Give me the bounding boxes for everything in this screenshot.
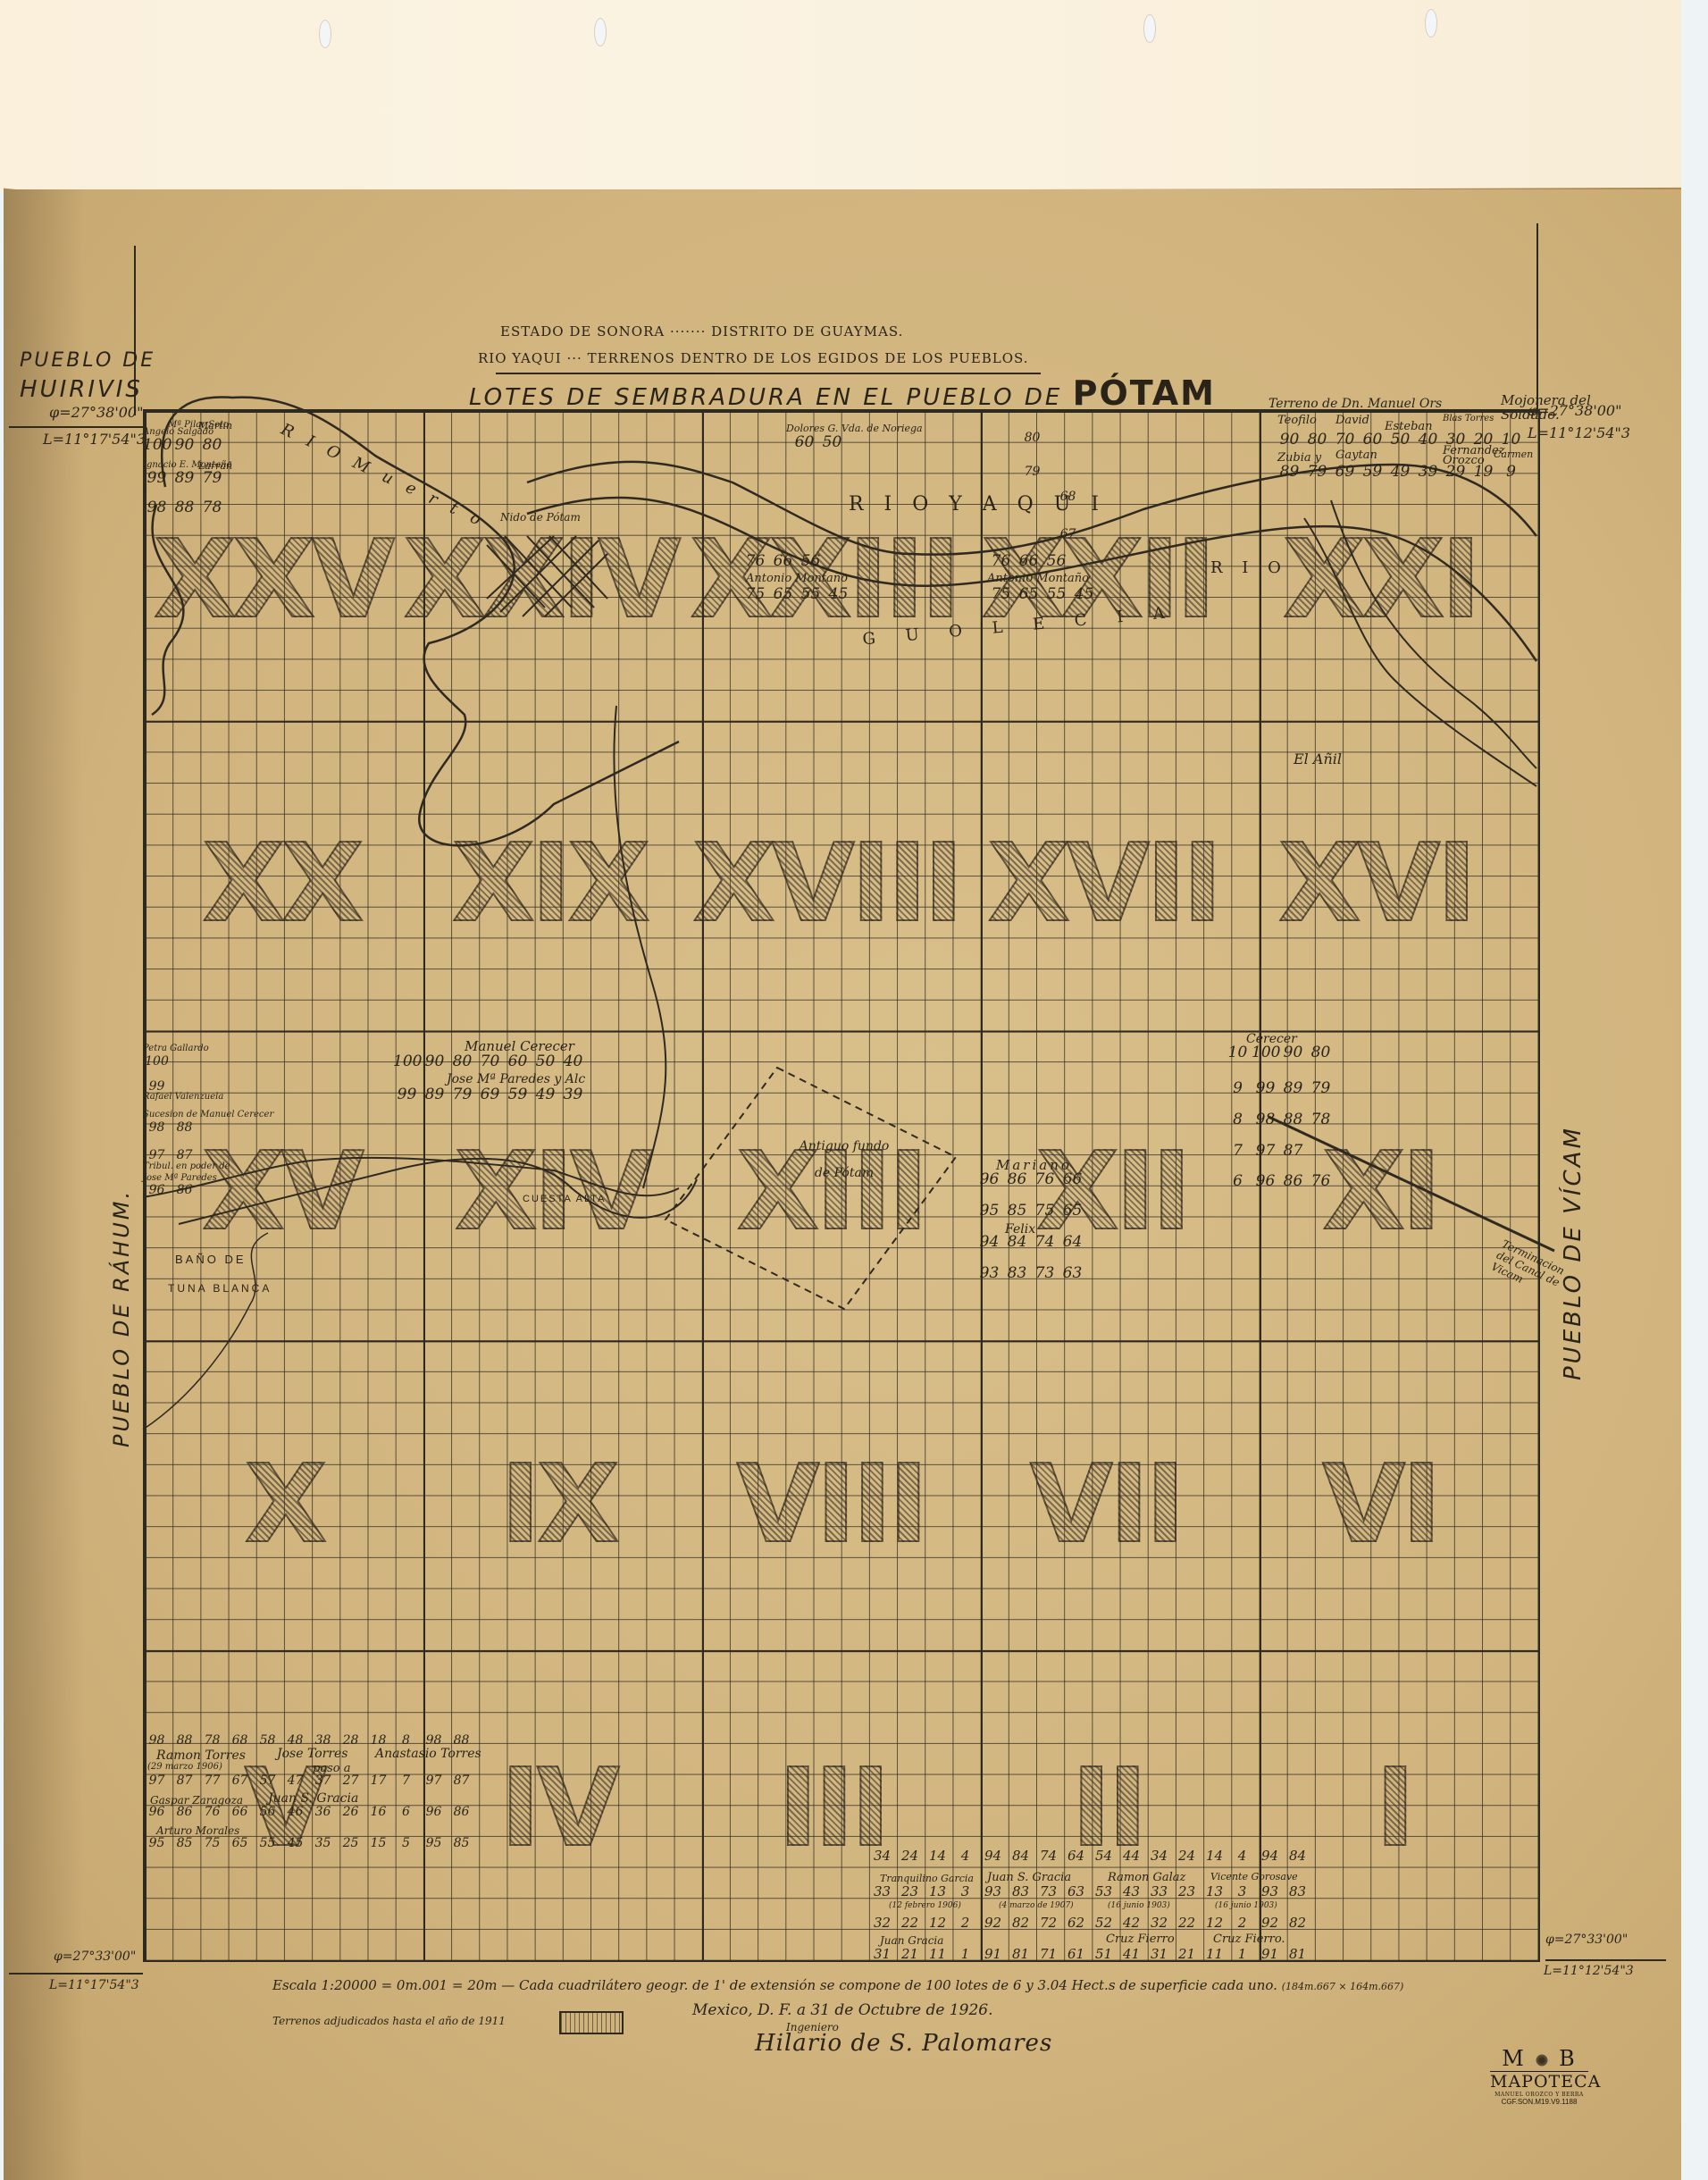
lot-number: 7 xyxy=(1224,1142,1252,1160)
lot-number: 79 xyxy=(1018,465,1046,479)
lot-number: 74 xyxy=(1031,1233,1059,1251)
lot-number: 22 xyxy=(896,1915,924,1931)
lot-number: 90 xyxy=(171,436,198,454)
lot-number: 80 xyxy=(1018,431,1046,445)
lot-number: 88 xyxy=(171,1733,198,1748)
lot-number: 56 xyxy=(254,1805,281,1819)
lot-number: 88 xyxy=(448,1733,475,1748)
lot-number: 55 xyxy=(1042,585,1070,603)
lot-number: 92 xyxy=(1256,1915,1284,1931)
lot-number: 39 xyxy=(559,1086,587,1103)
lot-number: 37 xyxy=(309,1773,337,1788)
lot-number: 78 xyxy=(1307,1111,1335,1128)
legend-label: Terrenos adjudicados hasta el año de 191… xyxy=(272,2015,506,2027)
lot-number: 23 xyxy=(1173,1883,1201,1899)
lot-number: 63 xyxy=(1062,1883,1090,1899)
lot-number: 9 xyxy=(1497,463,1525,481)
lot-number: 10 xyxy=(1497,431,1525,449)
lot-number: 78 xyxy=(198,1733,226,1748)
lot-number: 27 xyxy=(337,1773,364,1788)
lot-number: 100 xyxy=(143,436,171,454)
lot-number: 96 xyxy=(975,1170,1003,1188)
monogram-letter: B xyxy=(1559,2046,1577,2071)
lot-number: 19 xyxy=(1469,463,1497,481)
section-vi: VI xyxy=(1322,1452,1438,1559)
owner-name: Anastasio Torres xyxy=(375,1747,481,1761)
lot-number: 10 xyxy=(1224,1044,1252,1061)
archive-stamp: M B MAPOTECA MANUEL OROZCO Y BERRA CGF.S… xyxy=(1490,2046,1588,2106)
section-ii: II xyxy=(1071,1756,1143,1863)
lot-number: 82 xyxy=(1284,1915,1311,1931)
owner-name: Carmen xyxy=(1494,449,1533,460)
lot-number: 97 xyxy=(143,1148,171,1162)
section-xv: XV xyxy=(202,1139,360,1246)
lot-number: 56 xyxy=(1042,552,1070,570)
lot-number: 99 xyxy=(143,1079,171,1094)
owner-name: Gaytan xyxy=(1335,449,1377,462)
owner-name: Jose Mª Paredes xyxy=(143,1173,217,1183)
lot-number: 68 xyxy=(226,1733,254,1748)
lot-number: 76 xyxy=(1031,1170,1059,1188)
lot-number: 83 xyxy=(1007,1883,1034,1899)
lot-number: 68 xyxy=(1054,490,1082,504)
date-note: (16 junio 1903) xyxy=(1108,1901,1170,1910)
lot-number: 69 xyxy=(1331,463,1359,481)
owner-name: Cruz Fierro. xyxy=(1213,1933,1285,1946)
lot-number: 22 xyxy=(1173,1915,1201,1931)
owner-name: Antonio Montaño xyxy=(746,572,848,585)
lot-number: 26 xyxy=(337,1805,364,1819)
lot-number: 84 xyxy=(1007,1848,1034,1864)
lot-number: 82 xyxy=(1007,1915,1034,1931)
lot-number: 20 xyxy=(1469,431,1497,449)
lot-number: 60 xyxy=(504,1052,532,1070)
section-xiii: XIII xyxy=(737,1139,925,1246)
lot-number: 31 xyxy=(1145,1946,1173,1962)
legend-hatch-swatch xyxy=(559,2011,624,2034)
lot-number: 48 xyxy=(281,1733,309,1748)
lot-number: 25 xyxy=(337,1836,364,1850)
lot-number: 51 xyxy=(1090,1946,1118,1962)
lot-number: 65 xyxy=(1059,1202,1086,1220)
lot-number: 84 xyxy=(1003,1233,1031,1251)
lot-number: 80 xyxy=(1303,431,1331,449)
lot-number: 93 xyxy=(979,1883,1007,1899)
owner-name: Ramon Galaz xyxy=(1108,1871,1185,1884)
lot-number: 81 xyxy=(1284,1946,1311,1962)
lot-number: 56 xyxy=(797,552,825,570)
lot-number: 1 xyxy=(951,1946,979,1962)
owner-name: Jose Mª Paredes y Alc xyxy=(447,1072,585,1086)
lot-number: 89 xyxy=(1279,1079,1307,1097)
lot-number: 99 xyxy=(393,1086,421,1103)
archive-monogram: M B xyxy=(1490,2046,1588,2071)
lot-number: 6 xyxy=(392,1805,420,1819)
lot-number: 45 xyxy=(281,1836,309,1850)
lot-number: 79 xyxy=(1307,1079,1335,1097)
lot-number: 83 xyxy=(1003,1264,1031,1282)
date-note: (29 marzo 1906) xyxy=(147,1762,222,1772)
lot-number: 78 xyxy=(198,499,226,516)
lot-number: 75 xyxy=(198,1836,226,1850)
lot-number: 32 xyxy=(868,1915,896,1931)
lot-number: 5 xyxy=(392,1836,420,1850)
el-anil-label: El Añil xyxy=(1294,750,1342,767)
lot-number: 57 xyxy=(254,1773,281,1788)
lot-number: 81 xyxy=(1007,1946,1034,1962)
lot-number: 65 xyxy=(769,585,797,603)
lot-number: 76 xyxy=(1307,1172,1335,1190)
lot-number: 99 xyxy=(1252,1079,1279,1097)
owner-name: Petra Gallardo xyxy=(143,1044,209,1053)
lot-number: 4 xyxy=(1228,1848,1256,1864)
lot-number: 95 xyxy=(975,1202,1003,1220)
lot-number: 62 xyxy=(1062,1915,1090,1931)
lot-number: 47 xyxy=(281,1773,309,1788)
owner-name: Arturo Morales xyxy=(156,1824,239,1837)
lot-number: 11 xyxy=(924,1946,951,1962)
lot-number: 85 xyxy=(448,1836,475,1850)
owner-name: Juan S. Gracia xyxy=(987,1871,1071,1884)
lot-number: 86 xyxy=(1003,1170,1031,1188)
lot-number: 100 xyxy=(393,1052,421,1070)
lot-number: 16 xyxy=(364,1805,392,1819)
section-viii: VIII xyxy=(737,1452,925,1559)
lot-number: 52 xyxy=(1090,1915,1118,1931)
lot-number: 94 xyxy=(979,1848,1007,1864)
section-iv: IV xyxy=(500,1756,616,1863)
lot-number: 91 xyxy=(979,1946,1007,1962)
lot-number: 91 xyxy=(1256,1946,1284,1962)
lot-number: 84 xyxy=(1284,1848,1311,1864)
lot-number: 66 xyxy=(1059,1170,1086,1188)
lot-number: 24 xyxy=(896,1848,924,1864)
lot-number: 79 xyxy=(198,469,226,487)
lot-number: 97 xyxy=(420,1773,448,1788)
section-ix: IX xyxy=(500,1452,615,1559)
lot-number: 96 xyxy=(1252,1172,1279,1190)
lot-number: 55 xyxy=(254,1836,281,1850)
lot-number: 7 xyxy=(392,1773,420,1788)
lot-number: 98 xyxy=(143,499,171,516)
lot-number: 30 xyxy=(1442,431,1469,449)
lot-number: 3 xyxy=(1228,1883,1256,1899)
lot-number: 65 xyxy=(1015,585,1042,603)
owner-name: David xyxy=(1335,414,1369,427)
lot-number: 75 xyxy=(1031,1202,1059,1220)
section-iii: III xyxy=(778,1756,887,1863)
lot-number: 3 xyxy=(951,1883,979,1899)
section-xix: XIX xyxy=(452,831,647,938)
lot-number: 32 xyxy=(1145,1915,1173,1931)
archive-name: MAPOTECA xyxy=(1490,2071,1588,2092)
lot-number: 12 xyxy=(924,1915,951,1931)
lot-number: 75 xyxy=(987,585,1015,603)
lot-number: 74 xyxy=(1034,1848,1062,1864)
lot-number: 41 xyxy=(1118,1946,1145,1962)
owner-name: Antonio Montaño xyxy=(987,572,1089,585)
lot-number: 77 xyxy=(198,1773,226,1788)
lot-number: 46 xyxy=(281,1805,309,1819)
lot-number: 8 xyxy=(392,1733,420,1748)
lot-number: 83 xyxy=(1284,1883,1311,1899)
owner-name: Martin xyxy=(198,420,232,432)
lot-number: 100 xyxy=(1252,1044,1279,1061)
lot-number: 96 xyxy=(143,1805,171,1819)
section-xxiv: XXIV xyxy=(404,527,678,634)
lot-number: 73 xyxy=(1031,1264,1059,1282)
lot-number: 79 xyxy=(448,1086,476,1103)
lot-number: 14 xyxy=(924,1848,951,1864)
lot-number: 69 xyxy=(476,1086,504,1103)
lot-number: 21 xyxy=(1173,1946,1201,1962)
lot-number: 36 xyxy=(309,1805,337,1819)
lot-number: 66 xyxy=(1015,552,1042,570)
lot-number: 43 xyxy=(1118,1883,1145,1899)
lot-number: 67 xyxy=(1054,527,1082,541)
monogram-letter: M xyxy=(1502,2046,1526,2071)
section-i: I xyxy=(1376,1756,1412,1863)
owner-name: Sucesion de Manuel Cerecer xyxy=(143,1110,273,1119)
lot-number: 80 xyxy=(1307,1044,1335,1061)
lot-number: 66 xyxy=(769,552,797,570)
lot-number: 8 xyxy=(1224,1111,1252,1128)
lot-number: 72 xyxy=(1034,1915,1062,1931)
lot-number: 67 xyxy=(226,1773,254,1788)
owner-name: Jose Torres xyxy=(277,1747,348,1761)
archive-subtitle: MANUEL OROZCO Y BERRA xyxy=(1490,2092,1588,2098)
date-note: (16 junio 1903) xyxy=(1215,1901,1277,1910)
place-date: Mexico, D. F. a 31 de Octubre de 1926. xyxy=(692,2001,993,2019)
lot-number: 60 xyxy=(1359,431,1386,449)
lot-number: 23 xyxy=(896,1883,924,1899)
lot-number: 50 xyxy=(532,1052,559,1070)
lot-number: 49 xyxy=(1386,463,1414,481)
lot-number: 94 xyxy=(1256,1848,1284,1864)
lot-number: 24 xyxy=(1173,1848,1201,1864)
lot-number: 29 xyxy=(1442,463,1469,481)
lot-number: 59 xyxy=(1359,463,1386,481)
owner-name: Juan S. Gracia xyxy=(268,1791,358,1806)
lot-number: 70 xyxy=(476,1052,504,1070)
date-note: (4 marzo de 1907) xyxy=(999,1901,1074,1910)
lot-number: 80 xyxy=(448,1052,476,1070)
lot-number: 34 xyxy=(868,1848,896,1864)
lot-number: 97 xyxy=(1252,1142,1279,1160)
lot-number: 86 xyxy=(171,1805,198,1819)
lot-number: 70 xyxy=(1331,431,1359,449)
lot-number: 95 xyxy=(420,1836,448,1850)
lot-number: 42 xyxy=(1118,1915,1145,1931)
lot-number: 76 xyxy=(987,552,1015,570)
lot-number: 96 xyxy=(143,1183,171,1197)
lot-number: 85 xyxy=(171,1836,198,1850)
lot-number: 98 xyxy=(143,1733,171,1748)
signature: Hilario de S. Palomares xyxy=(755,2030,1052,2057)
tuna-blanca-label: TUNA BLANCA xyxy=(168,1282,272,1295)
owner-name: Juan Gracia xyxy=(880,1934,943,1947)
lot-number: 39 xyxy=(1414,463,1442,481)
lot-number: 86 xyxy=(171,1183,198,1197)
lot-number: 45 xyxy=(1070,585,1098,603)
lot-number: 88 xyxy=(171,499,198,516)
lot-number: 60 xyxy=(791,433,818,451)
lot-number: 9 xyxy=(1224,1079,1252,1097)
lot-number: 79 xyxy=(1303,463,1331,481)
lot-number: 95 xyxy=(143,1836,171,1850)
lot-number: 44 xyxy=(1118,1848,1145,1864)
rio-east-label: R I O xyxy=(1210,558,1288,577)
lot-number: 61 xyxy=(1062,1946,1090,1962)
lot-number: 87 xyxy=(1279,1142,1307,1160)
lot-number: 100 xyxy=(143,1054,171,1069)
lot-number: 66 xyxy=(226,1805,254,1819)
lot-number: 96 xyxy=(420,1805,448,1819)
section-xviii: XVIII xyxy=(692,831,959,938)
section-xxi: XXI xyxy=(1283,527,1478,634)
lot-number: 99 xyxy=(143,469,171,487)
lot-number: 55 xyxy=(797,585,825,603)
lot-number: 93 xyxy=(1256,1883,1284,1899)
lot-number: 49 xyxy=(532,1086,559,1103)
lot-number: 65 xyxy=(226,1836,254,1850)
lot-number: 17 xyxy=(364,1773,392,1788)
date-note: (12 febrero 1906) xyxy=(889,1901,961,1910)
lot-number: 90 xyxy=(421,1052,448,1070)
lot-number: 35 xyxy=(309,1836,337,1850)
lot-number: 13 xyxy=(924,1883,951,1899)
lot-number: 4 xyxy=(951,1848,979,1864)
lot-number: 59 xyxy=(504,1086,532,1103)
lot-number: 12 xyxy=(1201,1915,1228,1931)
lot-number: 1 xyxy=(1228,1946,1256,1962)
lot-number: 86 xyxy=(1279,1172,1307,1190)
lot-number: 92 xyxy=(979,1915,1007,1931)
lot-number: 98 xyxy=(1252,1111,1279,1128)
section-xvi: XVI xyxy=(1278,831,1473,938)
scale-note: Escala 1:20000 = 0m.001 = 20m — Cada cua… xyxy=(272,1977,1403,1993)
section-xii: XII xyxy=(1036,1139,1188,1246)
lot-number: 94 xyxy=(975,1233,1003,1251)
lot-number: 18 xyxy=(364,1733,392,1748)
scale-text: Escala 1:20000 = 0m.001 = 20m — Cada cua… xyxy=(272,1977,1277,1993)
lot-number: 85 xyxy=(1003,1202,1031,1220)
compass-rose-icon xyxy=(1534,2052,1550,2068)
lot-number: 76 xyxy=(741,552,769,570)
lot-number: 80 xyxy=(198,436,226,454)
lot-number: 14 xyxy=(1201,1848,1228,1864)
owner-name: Tribul. en poder de xyxy=(143,1161,230,1171)
lot-number: 58 xyxy=(254,1733,281,1748)
owner-name: Vicente Gorosave xyxy=(1210,1871,1298,1882)
lot-number: 33 xyxy=(1145,1883,1173,1899)
lot-number: 40 xyxy=(1414,431,1442,449)
lot-number: 38 xyxy=(309,1733,337,1748)
lot-number: 88 xyxy=(1279,1111,1307,1128)
lot-number: 64 xyxy=(1062,1848,1090,1864)
lot-number: 90 xyxy=(1279,1044,1307,1061)
lot-number: 97 xyxy=(143,1773,171,1788)
owner-name: Blas Torres xyxy=(1443,414,1494,423)
lot-number: 73 xyxy=(1034,1883,1062,1899)
section-x: X xyxy=(245,1452,324,1559)
lot-number: 87 xyxy=(448,1773,475,1788)
lot-number: 71 xyxy=(1034,1946,1062,1962)
lot-number: 28 xyxy=(337,1733,364,1748)
lot-number: 11 xyxy=(1201,1946,1228,1962)
lot-number: 2 xyxy=(1228,1915,1256,1931)
lot-number: 31 xyxy=(868,1946,896,1962)
lot-number: 98 xyxy=(420,1733,448,1748)
lot-number: 86 xyxy=(448,1805,475,1819)
owner-name: Ramon Torres xyxy=(156,1748,246,1763)
lot-number: 53 xyxy=(1090,1883,1118,1899)
lot-number: 21 xyxy=(896,1946,924,1962)
owner-name: Teofilo xyxy=(1277,414,1317,427)
section-xvii: XVII xyxy=(988,831,1219,938)
lot-number: 54 xyxy=(1090,1848,1118,1864)
archive-code: CGF.SON.M19.V9.1188 xyxy=(1490,2098,1588,2106)
lot-number: 87 xyxy=(171,1148,198,1162)
lot-number: 93 xyxy=(975,1264,1003,1282)
lot-number: 15 xyxy=(364,1836,392,1850)
lot-number: 45 xyxy=(825,585,852,603)
lot-number: 75 xyxy=(741,585,769,603)
lot-number: 33 xyxy=(868,1883,896,1899)
lot-number: 89 xyxy=(171,469,198,487)
scale-dimensions: (184m.667 × 164m.667) xyxy=(1282,1981,1404,1992)
lot-number: 89 xyxy=(1276,463,1303,481)
lot-number: 13 xyxy=(1201,1883,1228,1899)
bano-label: BAÑO DE xyxy=(175,1253,247,1266)
section-xi: XI xyxy=(1322,1139,1437,1246)
lot-number: 63 xyxy=(1059,1264,1086,1282)
lot-number: 40 xyxy=(559,1052,587,1070)
lot-number: 64 xyxy=(1059,1233,1086,1251)
lot-number: 6 xyxy=(1224,1172,1252,1190)
lot-number: 90 xyxy=(1276,431,1303,449)
lot-number: 89 xyxy=(421,1086,448,1103)
lot-number: 88 xyxy=(171,1120,198,1135)
lot-number: 2 xyxy=(951,1915,979,1931)
lot-number: 50 xyxy=(818,433,846,451)
lot-number: 34 xyxy=(1145,1848,1173,1864)
section-xiv: XIV xyxy=(455,1139,649,1246)
lot-number: 87 xyxy=(171,1773,198,1788)
lot-number: 98 xyxy=(143,1120,171,1135)
section-xx: XX xyxy=(202,831,360,938)
lot-number: 76 xyxy=(198,1805,226,1819)
section-vii: VII xyxy=(1030,1452,1182,1559)
section-xxv: XXV xyxy=(154,527,391,634)
owner-name: Cruz Fierro xyxy=(1106,1933,1175,1946)
lot-number: 50 xyxy=(1386,431,1414,449)
